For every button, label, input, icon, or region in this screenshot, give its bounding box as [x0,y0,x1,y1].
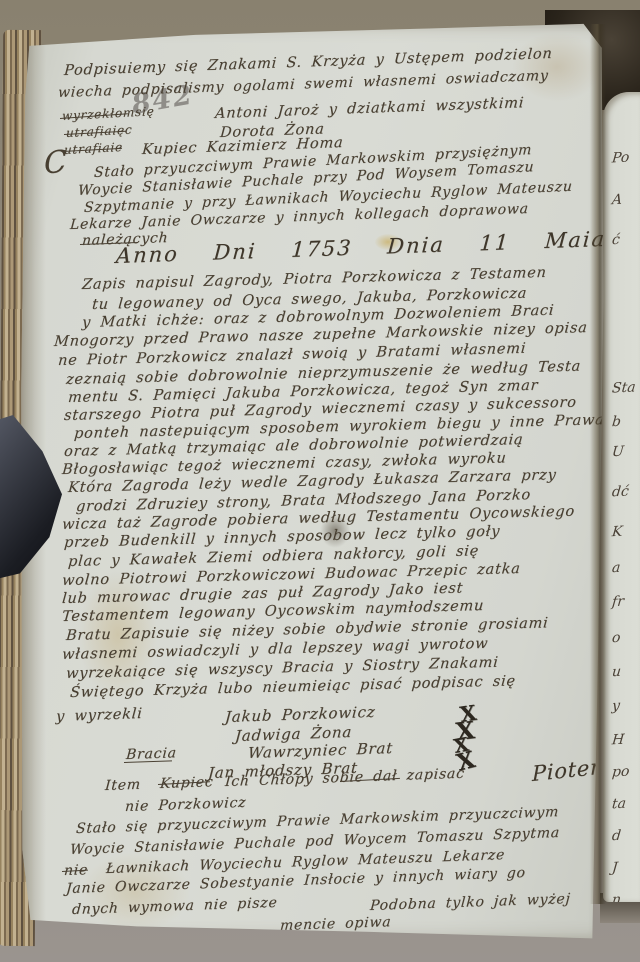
next-page-text-fragment: b [611,414,621,430]
manuscript-line: Antoni Jaroż y dziatkami wszystkimi [214,96,524,121]
gutter-shadow [590,24,606,904]
manuscript-line: y wyrzekli [55,707,143,725]
next-page-text-fragment: K [611,524,623,541]
next-page-text-fragment: H [611,732,625,749]
next-page-text-fragment: dć [611,484,629,501]
next-page-edge: PoAćStabUdćKafrouyHpotadJn [603,92,640,902]
manuscript-page: 842 Podpisuiemy się Znakami S. Krzyża y … [20,22,604,942]
next-page-text-fragment: A [611,192,623,209]
next-page-text-fragment: u [611,664,621,680]
manuscript-line: Jakub Porzkowicz [224,705,375,725]
next-page-text-fragment: n [611,892,621,902]
photo-background: PoAćStabUdćKafrouyHpotadJn 842 Podpisuie… [0,0,640,962]
next-page-text-fragment: d [611,828,621,844]
next-page-text-fragment: a [611,560,621,576]
underline-flourish [124,760,172,763]
next-page-text-fragment: fr [611,594,624,611]
manuscript-line: Podobna tylko jak wyżej [370,892,572,913]
manuscript-line: mencie opiwa [280,915,392,933]
manuscript-line: Item [105,778,142,793]
manuscript-line: nie Porzkowicz [125,796,247,814]
manuscript-line: Wawrzyniec Brat [247,741,393,761]
manuscript-line: dnych wymowa nie pisze [72,896,279,917]
next-page-text-fragment: y [611,698,620,714]
next-page-text-fragment: o [611,630,621,646]
next-page-text-fragment: J [611,860,618,876]
handwriting-layer: 842 Podpisuiemy się Znakami S. Krzyża y … [20,22,604,942]
next-page-text-fragment: Po [611,150,630,167]
next-page-text-fragment: ć [611,232,620,248]
next-page-text-fragment: ta [611,796,626,813]
next-page-text-fragment: Sta [611,379,636,396]
date-heading: Anno Dni 1753 Dnia 11 Maia [115,229,607,267]
next-page-text-fragment: po [611,764,630,781]
next-page-text-fragment: U [611,444,624,461]
